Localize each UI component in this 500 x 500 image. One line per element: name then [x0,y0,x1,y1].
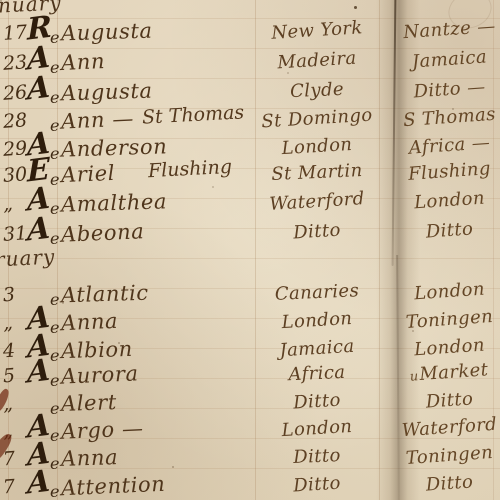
destination-port: Ditto — [397,75,500,103]
ship-name: Anna [61,445,119,471]
destination-port: Toningen [397,305,500,333]
origin-port: Waterford [251,187,382,216]
origin-port: Africa [252,360,383,387]
destination-text: London [413,335,485,361]
ledger-row: 7AeAnnaDittoToningen [0,446,500,476]
entry-date: 28 [2,109,28,133]
mark-flourish: e [50,28,59,47]
ledger-row: 3eAtlanticCanariesLondon [0,282,500,312]
origin-port: Jamaica [251,334,382,363]
ledger-row: 28eAnn —St ThomasSt DomingoS Thomas [0,108,500,138]
ship-name: Anna [61,309,119,335]
ledger-row: 23AeAnnMadeiraJamaica [0,50,500,80]
ledger-row: „AeAnnaLondonToningen [0,310,500,340]
mark-flourish: e [50,199,59,218]
destination-port: S Thomas [397,103,500,131]
mark-flourish: e [50,318,59,337]
ship-name: Amalthea [61,189,168,216]
clearance-note: Flushing [147,156,232,182]
mark-flourish: e [50,290,59,309]
entry-date: 23 [2,51,28,75]
destination-text: Jamaica [411,46,487,72]
destination-text: Ditto [425,471,474,495]
destination-text: Waterford [401,414,498,442]
destination-port: Ditto [397,386,500,414]
ship-name: Ariel [61,161,116,187]
destination-port: Jamaica [397,45,500,73]
ship-name: Ann — [61,106,135,133]
origin-port: Ditto [251,217,382,246]
ledger-page: nuary ruary 17ReAugustaNew YorkNantze —2… [0,0,500,500]
mark-flourish: e [50,116,59,135]
mark-flourish: e [50,399,59,418]
destination-text: Ditto [425,388,474,412]
classification-mark: A [27,73,51,106]
ship-name: Albion [61,337,134,363]
origin-port: Canaries [252,279,383,306]
destination-port: Toningen [397,441,500,469]
entry-date: 17 [2,21,28,45]
origin-port: New York [251,16,382,45]
mark-flourish: e [50,371,59,390]
origin-port: Madeira [251,46,382,75]
ledger-row: „AeArgo —LondonWaterford [0,418,500,448]
origin-port: St Domingo [251,104,382,133]
ledger-row: 30EeArielFlushingSt MartinFlushing [0,162,500,192]
destination-text: Ditto [425,218,474,242]
stray-ink-dot [354,6,357,9]
mark-flourish: e [50,144,59,163]
ledger-row: 26AeAugustaClydeDitto — [0,80,500,110]
ledger-row: 5AeAuroraAfricauMarket [0,363,500,393]
destination-text: Toningen [405,306,494,333]
destination-port: London [397,186,500,214]
origin-port: Ditto [252,443,383,470]
ship-name: Alert [61,390,118,416]
classification-mark: A [27,214,51,247]
destination-port: uMarket [397,358,500,386]
entry-date: 29 [2,137,28,161]
destination-port: London [397,277,500,305]
destination-port: Ditto [397,469,500,497]
ship-name: Anderson [61,134,168,161]
paper-specks [0,0,2,2]
origin-port: St Martin [252,159,383,186]
ledger-row: „eAlertDittoDitto [0,391,500,421]
origin-port: Ditto [251,470,382,499]
classification-mark: A [27,467,51,500]
destination-port: London [397,333,500,361]
entry-date: 7 [2,476,16,499]
destination-text: London [413,279,485,305]
destination-prefix-mark: u [409,369,419,385]
ship-name: Augusta [61,19,153,46]
destination-port: Waterford [397,413,500,441]
clearance-note: St Thomas [141,101,244,128]
mark-flourish: e [50,58,59,77]
mark-flourish: e [50,88,59,107]
entry-date: 4 [2,340,16,363]
entry-date: 3 [2,284,16,307]
mark-flourish: e [50,454,59,473]
entry-date: 26 [2,81,28,105]
origin-port: London [251,306,382,335]
destination-port: Ditto [397,216,500,244]
origin-port: Clyde [252,77,383,104]
entry-date: „ [2,193,13,216]
ledger-row: „AeAmaltheaWaterfordLondon [0,191,500,221]
destination-text: London [413,188,485,214]
ledger-row: 31AeAbeonaDittoDitto [0,221,500,251]
ship-name: Attention [61,472,166,500]
entry-date: „ [2,312,13,335]
ledger-row: 7AeAttentionDittoDitto [0,474,500,500]
destination-text: S Thomas [403,104,497,131]
destination-text: Flushing [407,158,491,185]
ship-name: Argo — [61,416,145,444]
destination-text: Market [419,359,489,385]
mark-flourish: e [50,482,59,500]
ship-name: Ann [60,49,105,75]
entry-date: 30 [2,163,28,187]
mark-flourish: e [50,170,59,189]
origin-port: London [251,414,382,443]
ship-name: Atlantic [61,281,149,308]
entry-date: 5 [2,365,16,388]
origin-port: London [251,132,382,161]
ledger-row: 17ReAugustaNew YorkNantze — [0,20,500,50]
mark-flourish: e [50,426,59,445]
mark-flourish: e [50,229,59,248]
destination-port: Africa — [397,131,500,159]
destination-text: Africa — [408,132,491,159]
ship-name: Aurora [61,361,140,388]
destination-port: Flushing [397,157,500,185]
classification-mark: A [27,356,51,389]
destination-text: Toningen [405,442,494,469]
entry-date: 31 [2,222,28,246]
destination-text: Ditto — [413,76,486,102]
ship-name: Augusta [61,79,153,106]
origin-port: Ditto [251,387,382,416]
ship-name: Abeona [61,219,145,247]
